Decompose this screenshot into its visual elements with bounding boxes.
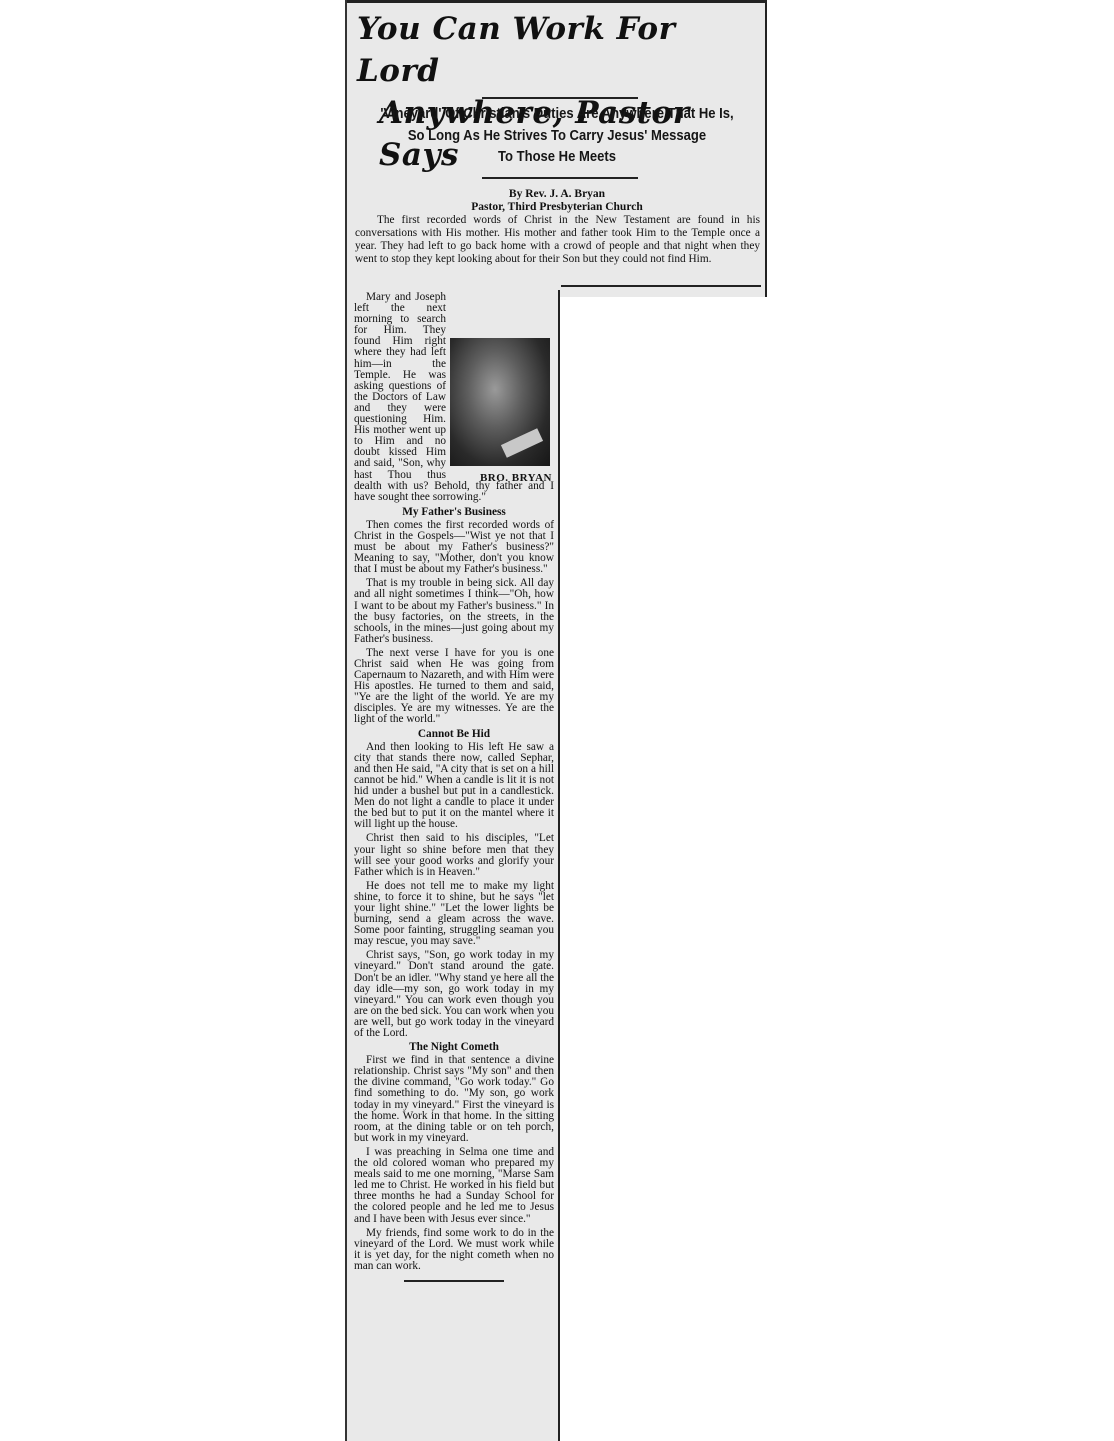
body-paragraph: Then comes the first recorded words of C… [354,520,554,575]
lead-divider [561,285,761,287]
body-paragraph: Christ then said to his disciples, "Let … [354,833,554,877]
article-body-column: BRO. BRYAN Mary and Joseph left the next… [345,290,560,1441]
body-paragraph: He does not tell me to make my light shi… [354,881,554,948]
author-photo: BRO. BRYAN [450,338,554,472]
body-paragraph: The next verse I have for you is one Chr… [354,648,554,726]
body-paragraph: Christ says, "Son, go work today in my v… [354,950,554,1039]
deck-line-1: 'Vineyard' Of Christian's Duties Are Any… [373,104,740,126]
body-paragraph: First we find in that sentence a divine … [354,1055,554,1144]
body-paragraph: I was preaching in Selma one time and th… [354,1147,554,1225]
body-paragraph: And then looking to His left He saw a ci… [354,742,554,831]
portrait-image [450,338,550,466]
body-paragraph: My friends, find some work to do in the … [354,1228,554,1272]
article-body: BRO. BRYAN Mary and Joseph left the next… [354,292,554,1282]
deck-divider [482,177,638,179]
top-rule [347,0,765,3]
body-paragraph: That is my trouble in being sick. All da… [354,578,554,645]
subhead-night-cometh: The Night Cometh [354,1042,554,1053]
deck-subheadline: 'Vineyard' Of Christian's Duties Are Any… [373,104,740,169]
byline-title: Pastor, Third Presbyterian Church [347,201,767,214]
photo-caption: BRO. BRYAN [468,473,552,484]
byline-author: By Rev. J. A. Bryan [347,188,767,201]
subhead-fathers-business: My Father's Business [354,507,554,518]
byline: By Rev. J. A. Bryan Pastor, Third Presby… [347,188,767,214]
deck-line-2: So Long As He Strives To Carry Jesus' Me… [373,126,740,148]
body-paragraph-1: BRO. BRYAN Mary and Joseph left the next… [354,292,554,503]
end-rule [404,1280,504,1282]
article-header-clipping: You Can Work For Lord Anywhere, Pastor S… [345,0,767,297]
deck-line-3: To Those He Meets [373,147,740,169]
lead-paragraph: The first recorded words of Christ in th… [355,214,760,266]
headline-divider [482,97,638,99]
headline-line-1: You Can Work For Lord [357,8,757,92]
subhead-cannot-be-hid: Cannot Be Hid [354,729,554,740]
